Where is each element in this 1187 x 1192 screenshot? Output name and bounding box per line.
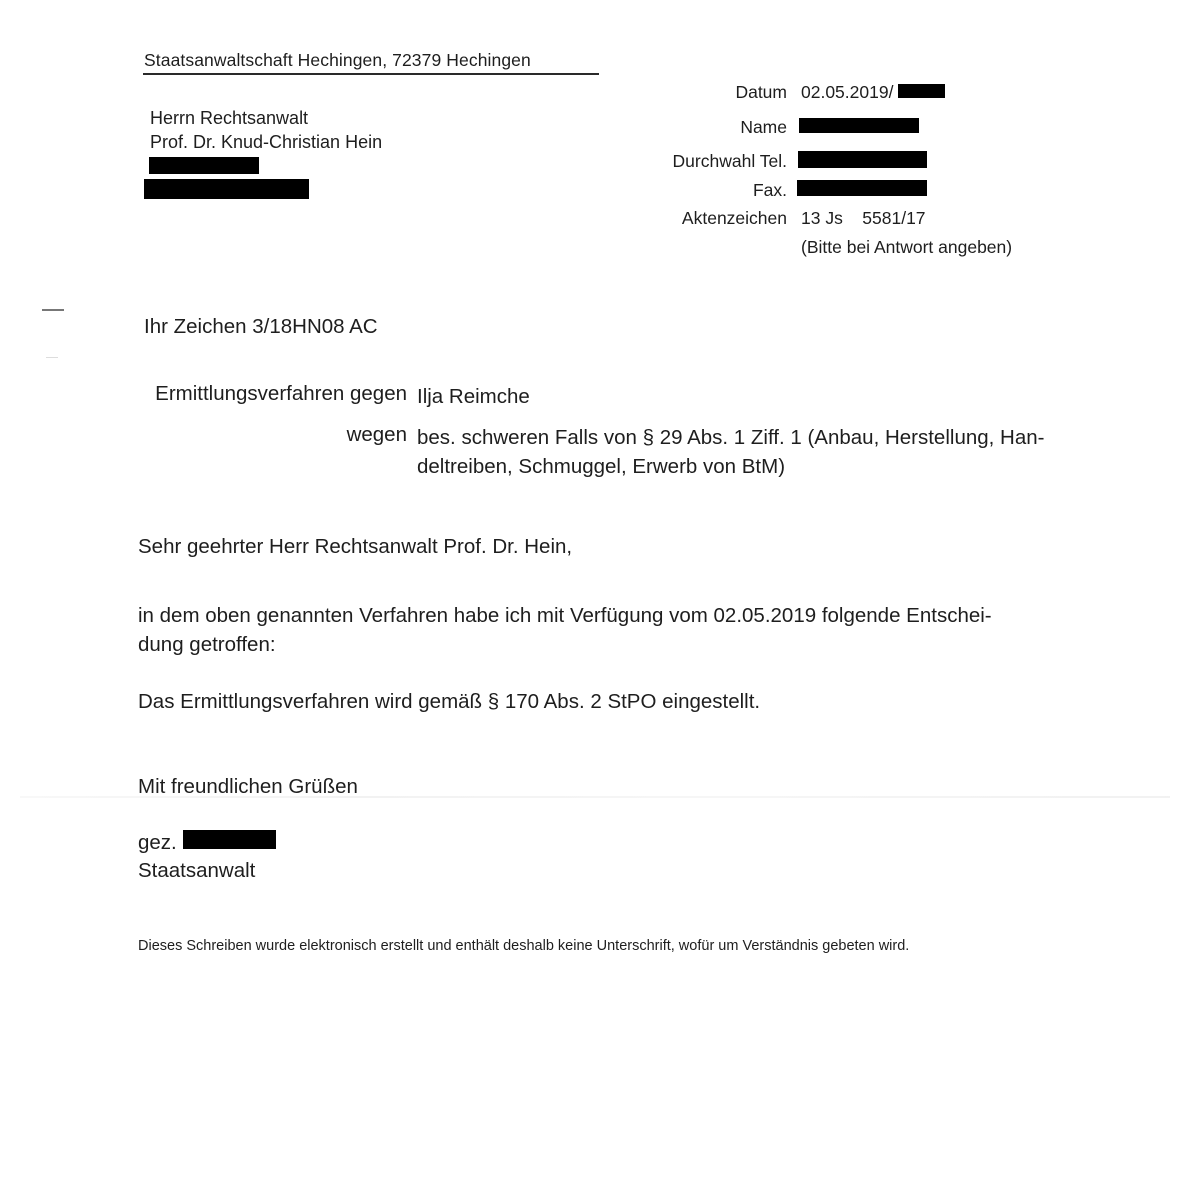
redacted-address-city — [144, 179, 309, 199]
recipient-block: Herrn Rechtsanwalt Prof. Dr. Knud-Christ… — [150, 106, 382, 154]
paragraph-line-1: in dem oben genannten Verfahren habe ich… — [138, 601, 992, 630]
recipient-title: Herrn Rechtsanwalt — [150, 106, 382, 130]
punch-mark — [46, 357, 58, 358]
your-reference: Ihr Zeichen 3/18HN08 AC — [144, 315, 378, 339]
recipient-name: Prof. Dr. Knud-Christian Hein — [150, 130, 382, 154]
file-number-value: 13 Js 5581/17 — [801, 208, 926, 229]
decision-intro-paragraph: in dem oben genannten Verfahren habe ich… — [138, 601, 992, 659]
date-label: Datum — [735, 82, 787, 103]
redacted-address-street — [149, 157, 259, 174]
redacted-signer-name — [183, 830, 276, 849]
decision-statement: Das Ermittlungsverfahren wird gemäß § 17… — [138, 687, 760, 716]
fold-mark — [42, 309, 64, 311]
file-number-label: Aktenzeichen — [682, 208, 787, 229]
sender-address-line: Staatsanwaltschaft Hechingen, 72379 Hech… — [144, 50, 531, 71]
charge-line-1: bes. schweren Falls von § 29 Abs. 1 Ziff… — [417, 423, 1097, 452]
redacted-fax — [797, 180, 927, 196]
signed-prefix: gez. — [138, 828, 177, 857]
redacted-date-suffix — [898, 84, 945, 98]
file-number-note: (Bitte bei Antwort angeben) — [801, 237, 1012, 258]
fax-label: Fax. — [753, 180, 787, 201]
salutation: Sehr geehrter Herr Rechtsanwalt Prof. Dr… — [138, 532, 572, 561]
charge-description: bes. schweren Falls von § 29 Abs. 1 Ziff… — [417, 423, 1097, 481]
signer-title: Staatsanwalt — [138, 856, 255, 885]
electronic-signature-note: Dieses Schreiben wurde elektronisch erst… — [138, 938, 909, 954]
sender-underline — [143, 73, 599, 75]
name-label: Name — [740, 117, 787, 138]
paragraph-line-2: dung getroffen: — [138, 630, 992, 659]
accused-name: Ilja Reimche — [417, 382, 1097, 411]
charge-line-2: deltreiben, Schmuggel, Erwerb von BtM) — [417, 452, 1097, 481]
redacted-name — [799, 118, 919, 133]
date-value: 02.05.2019/ — [801, 82, 893, 103]
redacted-phone — [798, 151, 927, 168]
charge-label: wegen — [347, 423, 407, 447]
phone-label: Durchwahl Tel. — [673, 151, 787, 172]
closing: Mit freundlichen Grüßen — [138, 772, 358, 801]
proceedings-label: Ermittlungsverfahren gegen — [155, 382, 407, 406]
